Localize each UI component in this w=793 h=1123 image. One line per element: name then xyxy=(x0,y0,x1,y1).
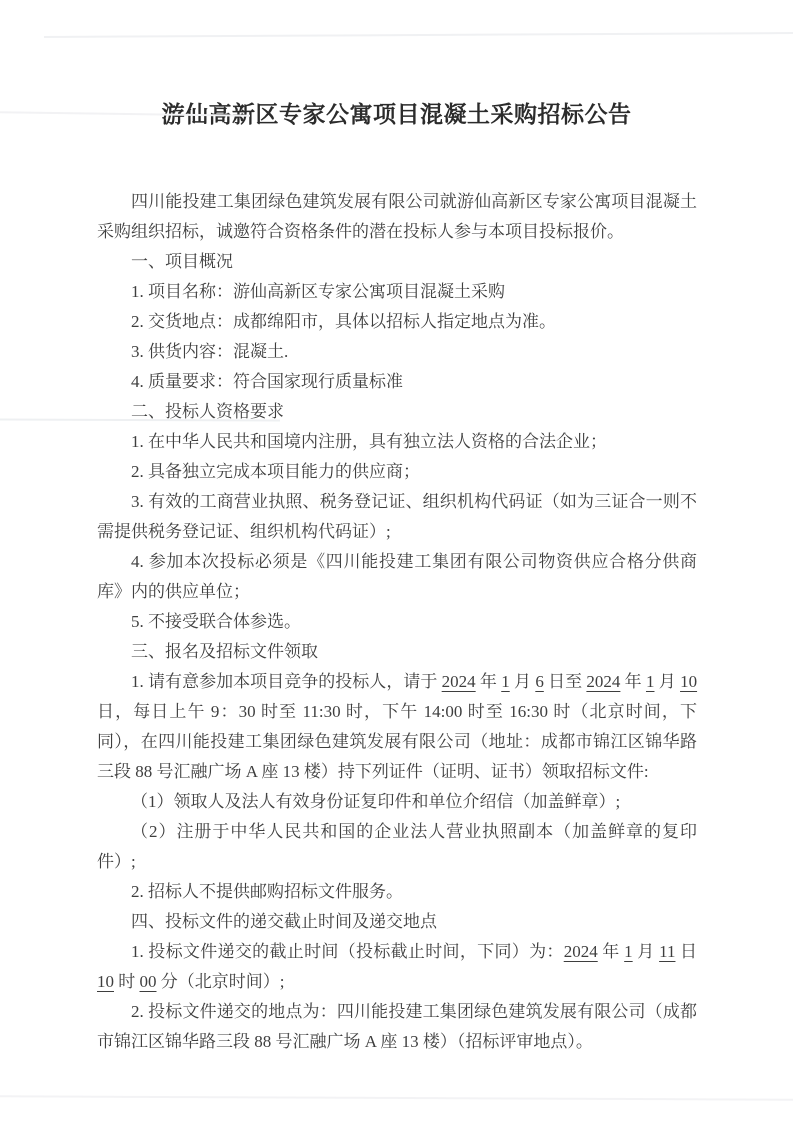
text-segment: 年 xyxy=(476,672,502,691)
text-segment: 年 xyxy=(598,942,624,961)
section4-heading: 四、投标文件的递交截止时间及递交地点 xyxy=(97,907,697,937)
text-segment: 月 xyxy=(633,942,659,961)
section3-sub1: （1）领取人及法人有效身份证复印件和单位介绍信（加盖鲜章）; xyxy=(97,787,697,817)
text-segment: 4. 质量要求：符合国家现行质量标准 xyxy=(131,372,403,391)
text-segment: 分（北京时间）; xyxy=(157,972,285,991)
text-segment: 1. 请有意参加本项目竞争的投标人，请于 xyxy=(131,672,442,691)
underlined-value: 10 xyxy=(97,972,114,991)
text-segment: 四川能投建工集团绿色建筑发展有限公司就游仙高新区专家公寓项目混凝土采购组织招标，… xyxy=(97,192,697,241)
section3-sub2: （2）注册于中华人民共和国的企业法人营业执照副本（加盖鲜章的复印件）; xyxy=(97,817,697,877)
text-segment: 年 xyxy=(620,672,646,691)
text-segment: 1. 投标文件递交的截止时间（投标截止时间，下同）为： xyxy=(131,942,564,961)
document-body: 四川能投建工集团绿色建筑发展有限公司就游仙高新区专家公寓项目混凝土采购组织招标，… xyxy=(97,187,697,1057)
text-segment: 3. 供货内容：混凝土. xyxy=(131,342,288,361)
scan-streak xyxy=(0,1095,793,1100)
section1-item2: 2. 交货地点：成都绵阳市，具体以招标人指定地点为准。 xyxy=(97,307,697,337)
document-title: 游仙高新区专家公寓项目混凝土采购招标公告 xyxy=(40,96,753,129)
section4-item2: 2. 投标文件递交的地点为：四川能投建工集团绿色建筑发展有限公司（成都市锦江区锦… xyxy=(97,997,697,1057)
scan-streak xyxy=(44,32,793,38)
underlined-value: 10 xyxy=(680,672,697,691)
underlined-value: 6 xyxy=(535,672,544,691)
section1-item3: 3. 供货内容：混凝土. xyxy=(97,337,697,367)
underlined-value: 11 xyxy=(659,942,675,961)
section2-item3: 3. 有效的工商营业执照、税务登记证、组织机构代码证（如为三证合一则不需提供税务… xyxy=(97,487,697,547)
text-segment: 日 xyxy=(675,942,697,961)
section2-heading: 二、投标人资格要求 xyxy=(97,397,697,427)
text-segment: 月 xyxy=(510,672,536,691)
section3-item1: 1. 请有意参加本项目竞争的投标人，请于 2024 年 1 月 6 日至 202… xyxy=(97,667,697,787)
underlined-value: 00 xyxy=(140,972,157,991)
text-segment: 日至 xyxy=(544,672,587,691)
underlined-value: 1 xyxy=(624,942,633,961)
section2-item1: 1. 在中华人民共和国境内注册，具有独立法人资格的合法企业； xyxy=(97,427,697,457)
underlined-value: 2024 xyxy=(442,672,476,691)
text-segment: 1. 项目名称：游仙高新区专家公寓项目混凝土采购 xyxy=(131,282,505,301)
section1-heading: 一、项目概况 xyxy=(97,247,697,277)
text-segment: 2. 具备独立完成本项目能力的供应商； xyxy=(131,462,420,481)
text-segment: （1）领取人及法人有效身份证复印件和单位介绍信（加盖鲜章）; xyxy=(131,792,620,811)
section2-item4: 4. 参加本次投标必须是《四川能投建工集团有限公司物资供应合格分供商库》内的供应… xyxy=(97,547,697,607)
text-segment: 日，每日上午 9：30 时至 11:30 时，下午 14:00 时至 16:30… xyxy=(97,702,697,781)
text-segment: 时 xyxy=(114,972,140,991)
text-segment: 3. 有效的工商营业执照、税务登记证、组织机构代码证（如为三证合一则不需提供税务… xyxy=(97,492,697,541)
section1-item4: 4. 质量要求：符合国家现行质量标准 xyxy=(97,367,697,397)
text-segment: 四、投标文件的递交截止时间及递交地点 xyxy=(131,912,437,931)
underlined-value: 1 xyxy=(501,672,510,691)
text-segment: 1. 在中华人民共和国境内注册，具有独立法人资格的合法企业； xyxy=(131,432,607,451)
section3-item2: 2. 招标人不提供邮购招标文件服务。 xyxy=(97,877,697,907)
intro-paragraph: 四川能投建工集团绿色建筑发展有限公司就游仙高新区专家公寓项目混凝土采购组织招标，… xyxy=(97,187,697,247)
document-sheet: 游仙高新区专家公寓项目混凝土采购招标公告 四川能投建工集团绿色建筑发展有限公司就… xyxy=(0,0,793,1123)
section2-item2: 2. 具备独立完成本项目能力的供应商； xyxy=(97,457,697,487)
text-segment: 三、报名及招标文件领取 xyxy=(131,642,318,661)
text-segment: 2. 招标人不提供邮购招标文件服务。 xyxy=(131,882,403,901)
text-segment: 2. 投标文件递交的地点为：四川能投建工集团绿色建筑发展有限公司（成都市锦江区锦… xyxy=(97,1002,697,1051)
section4-item1: 1. 投标文件递交的截止时间（投标截止时间，下同）为：2024 年 1 月 11… xyxy=(97,937,697,997)
text-segment: 一、项目概况 xyxy=(131,252,233,271)
text-segment: 4. 参加本次投标必须是《四川能投建工集团有限公司物资供应合格分供商库》内的供应… xyxy=(97,552,697,601)
section3-heading: 三、报名及招标文件领取 xyxy=(97,637,697,667)
text-segment: 月 xyxy=(654,672,680,691)
text-segment: 二、投标人资格要求 xyxy=(131,402,284,421)
page: { "page": { "background_color": "#ffffff… xyxy=(0,0,793,1123)
text-segment: 2. 交货地点：成都绵阳市，具体以招标人指定地点为准。 xyxy=(131,312,556,331)
section1-item1: 1. 项目名称：游仙高新区专家公寓项目混凝土采购 xyxy=(97,277,697,307)
text-segment: （2）注册于中华人民共和国的企业法人营业执照副本（加盖鲜章的复印件）; xyxy=(97,822,697,871)
underlined-value: 2024 xyxy=(586,672,620,691)
underlined-value: 2024 xyxy=(564,942,598,961)
section2-item5: 5. 不接受联合体参选。 xyxy=(97,607,697,637)
text-segment: 5. 不接受联合体参选。 xyxy=(131,612,301,631)
